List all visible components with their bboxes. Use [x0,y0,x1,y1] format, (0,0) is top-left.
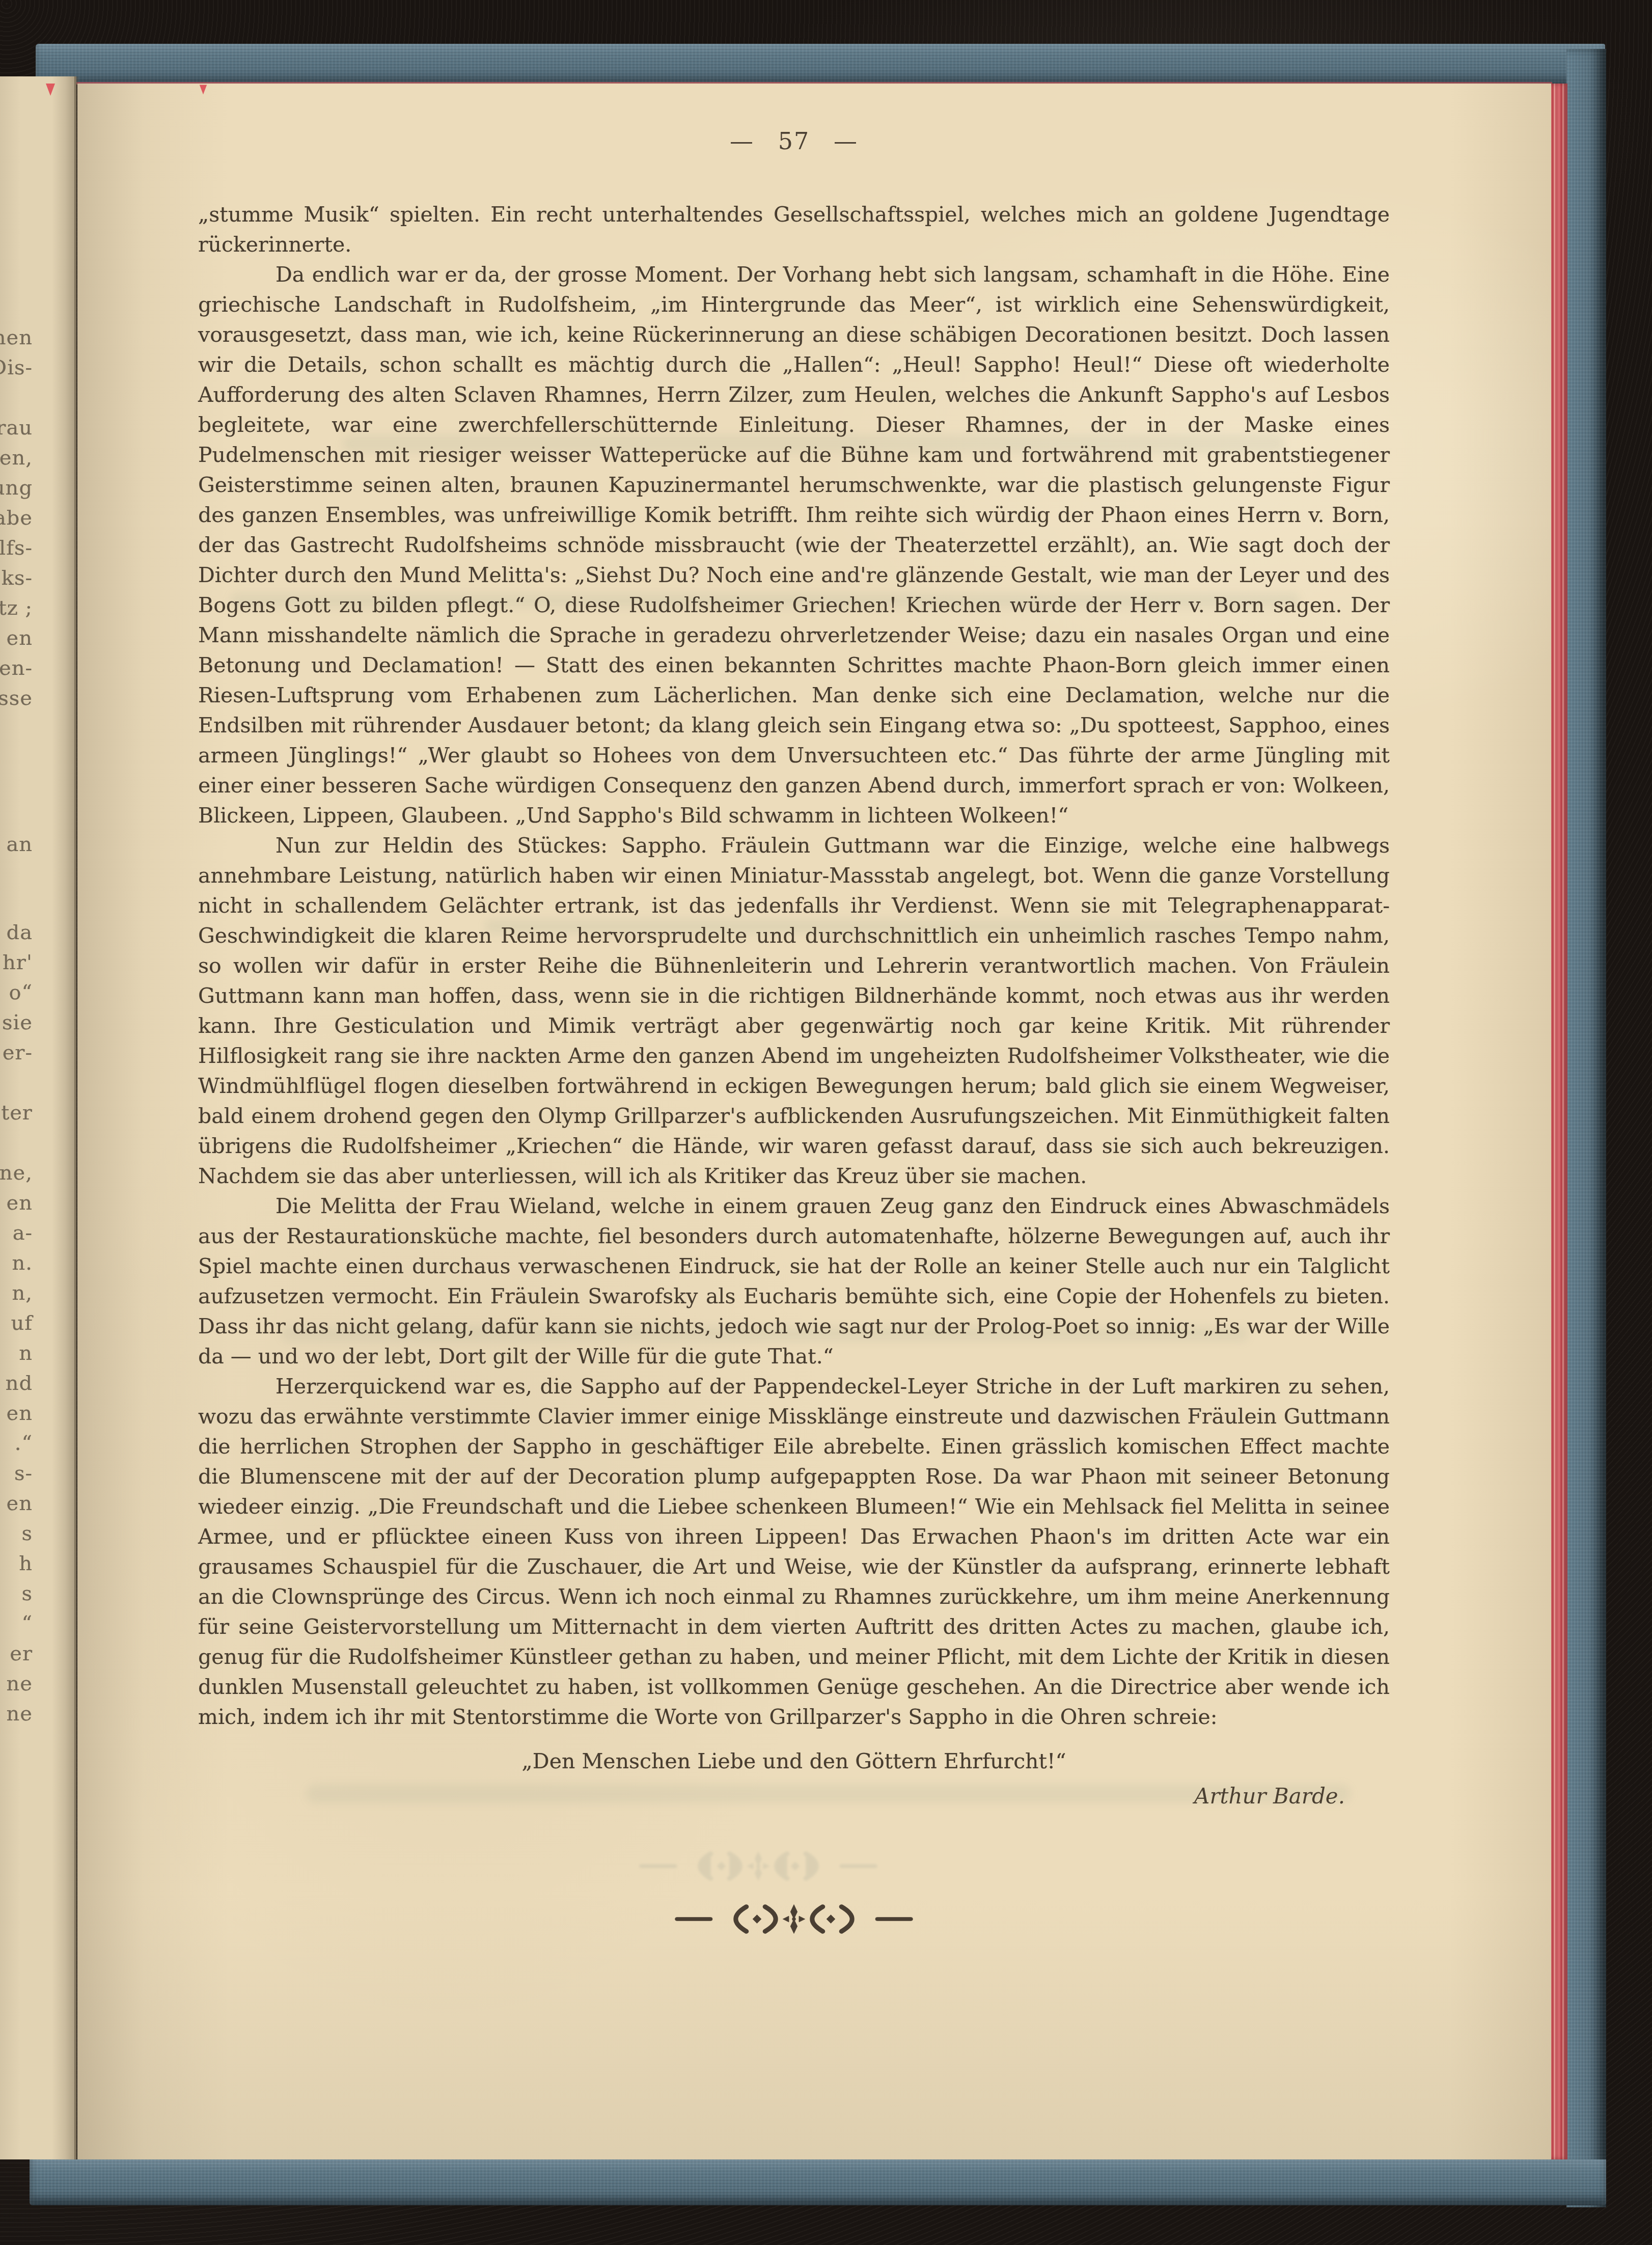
facing-edge-fragment: ne [7,1672,33,1695]
page-fore-edge-red [1549,84,1567,2159]
facing-edge-fragment: ks- [2,566,33,590]
book-page: — 57 — „stumme Musik“ spielten. Ein rech… [77,84,1551,2159]
facing-edge-fragment: an [6,833,33,856]
facing-edge-fragment: .“ [15,1432,33,1455]
facing-edge-fragment: nd [6,1372,33,1395]
page-number: — 57 — [198,127,1390,155]
facing-edge-fragment: n, [12,1281,33,1305]
facing-edge-fragment: en [7,626,33,650]
red-edge-speck [200,85,207,94]
paragraph: „stumme Musik“ spielten. Ein recht unter… [198,200,1390,260]
facing-edge-fragment: abe [0,506,33,530]
facing-edge-fragment: s [21,1582,33,1605]
author-signature: Arthur Barde. [198,1784,1390,1809]
red-edge-speck [46,84,55,96]
facing-edge-fragment: en- [0,656,33,680]
facing-edge-fragment: da [7,921,33,944]
book-cover-edge-top [36,44,1605,84]
facing-edge-fragment: h [19,1552,33,1575]
facing-edge-fragment: en [7,1191,33,1215]
divider-ornament-ghost [162,1851,1354,1881]
facing-edge-fragment: hr' [3,951,33,974]
facing-edge-fragment: uf [11,1311,33,1335]
facing-edge-fragment: ung [0,476,33,500]
facing-edge-fragment: Dis- [0,356,33,379]
facing-edge-fragment: ne [7,1702,33,1726]
divider-ornament [198,1904,1390,1934]
facing-edge-fragment: lfs- [0,536,33,560]
paragraph: Herzerquickend war es, die Sappho auf de… [198,1372,1390,1732]
paragraph: Nun zur Heldin des Stückes: Sappho. Fräu… [198,831,1390,1191]
facing-edge-fragment: ne, [0,1161,33,1185]
facing-edge-fragment: s [21,1522,33,1545]
article-text: „stumme Musik“ spielten. Ein recht unter… [198,200,1390,1809]
ornament-icon [674,1904,914,1934]
facing-edge-fragment: nen [0,326,33,349]
closing-quote: „Den Menschen Liebe und den Göttern Ehrf… [198,1746,1390,1776]
facing-edge-fragment: tz ; [0,596,33,620]
facing-edge-fragment: s- [14,1462,33,1485]
facing-edge-fragment: ter [1,1101,33,1125]
facing-page-edge: nenDis-rauen,ungabelfs-ks-tz ;enen-ssean… [0,76,76,2159]
paragraph: Die Melitta der Frau Wieland, welche in … [198,1191,1390,1372]
ornament-icon [639,1851,878,1881]
facing-edge-fragment: en [7,1402,33,1425]
facing-edge-fragment: sie [2,1011,33,1034]
facing-edge-fragment: er [10,1642,33,1665]
facing-edge-fragment: n. [12,1251,33,1275]
facing-edge-fragment: sse [0,687,33,710]
facing-edge-fragment: en, [0,446,33,470]
facing-edge-fragment: en [7,1492,33,1515]
scanned-book-photo: nenDis-rauen,ungabelfs-ks-tz ;enen-ssean… [0,0,1652,2245]
facing-edge-fragment: rau [0,416,33,440]
facing-edge-fragment: er- [3,1041,33,1064]
book-cover-edge-right [1566,49,1606,2207]
paragraph: Da endlich war er da, der grosse Moment.… [198,260,1390,831]
facing-edge-fragment: a- [13,1221,33,1245]
facing-edge-fragment: o“ [9,981,33,1004]
facing-edge-fragment: “ [22,1612,33,1635]
facing-edge-fragment: n [19,1341,33,1365]
book-cover-edge-bottom [30,2159,1606,2205]
